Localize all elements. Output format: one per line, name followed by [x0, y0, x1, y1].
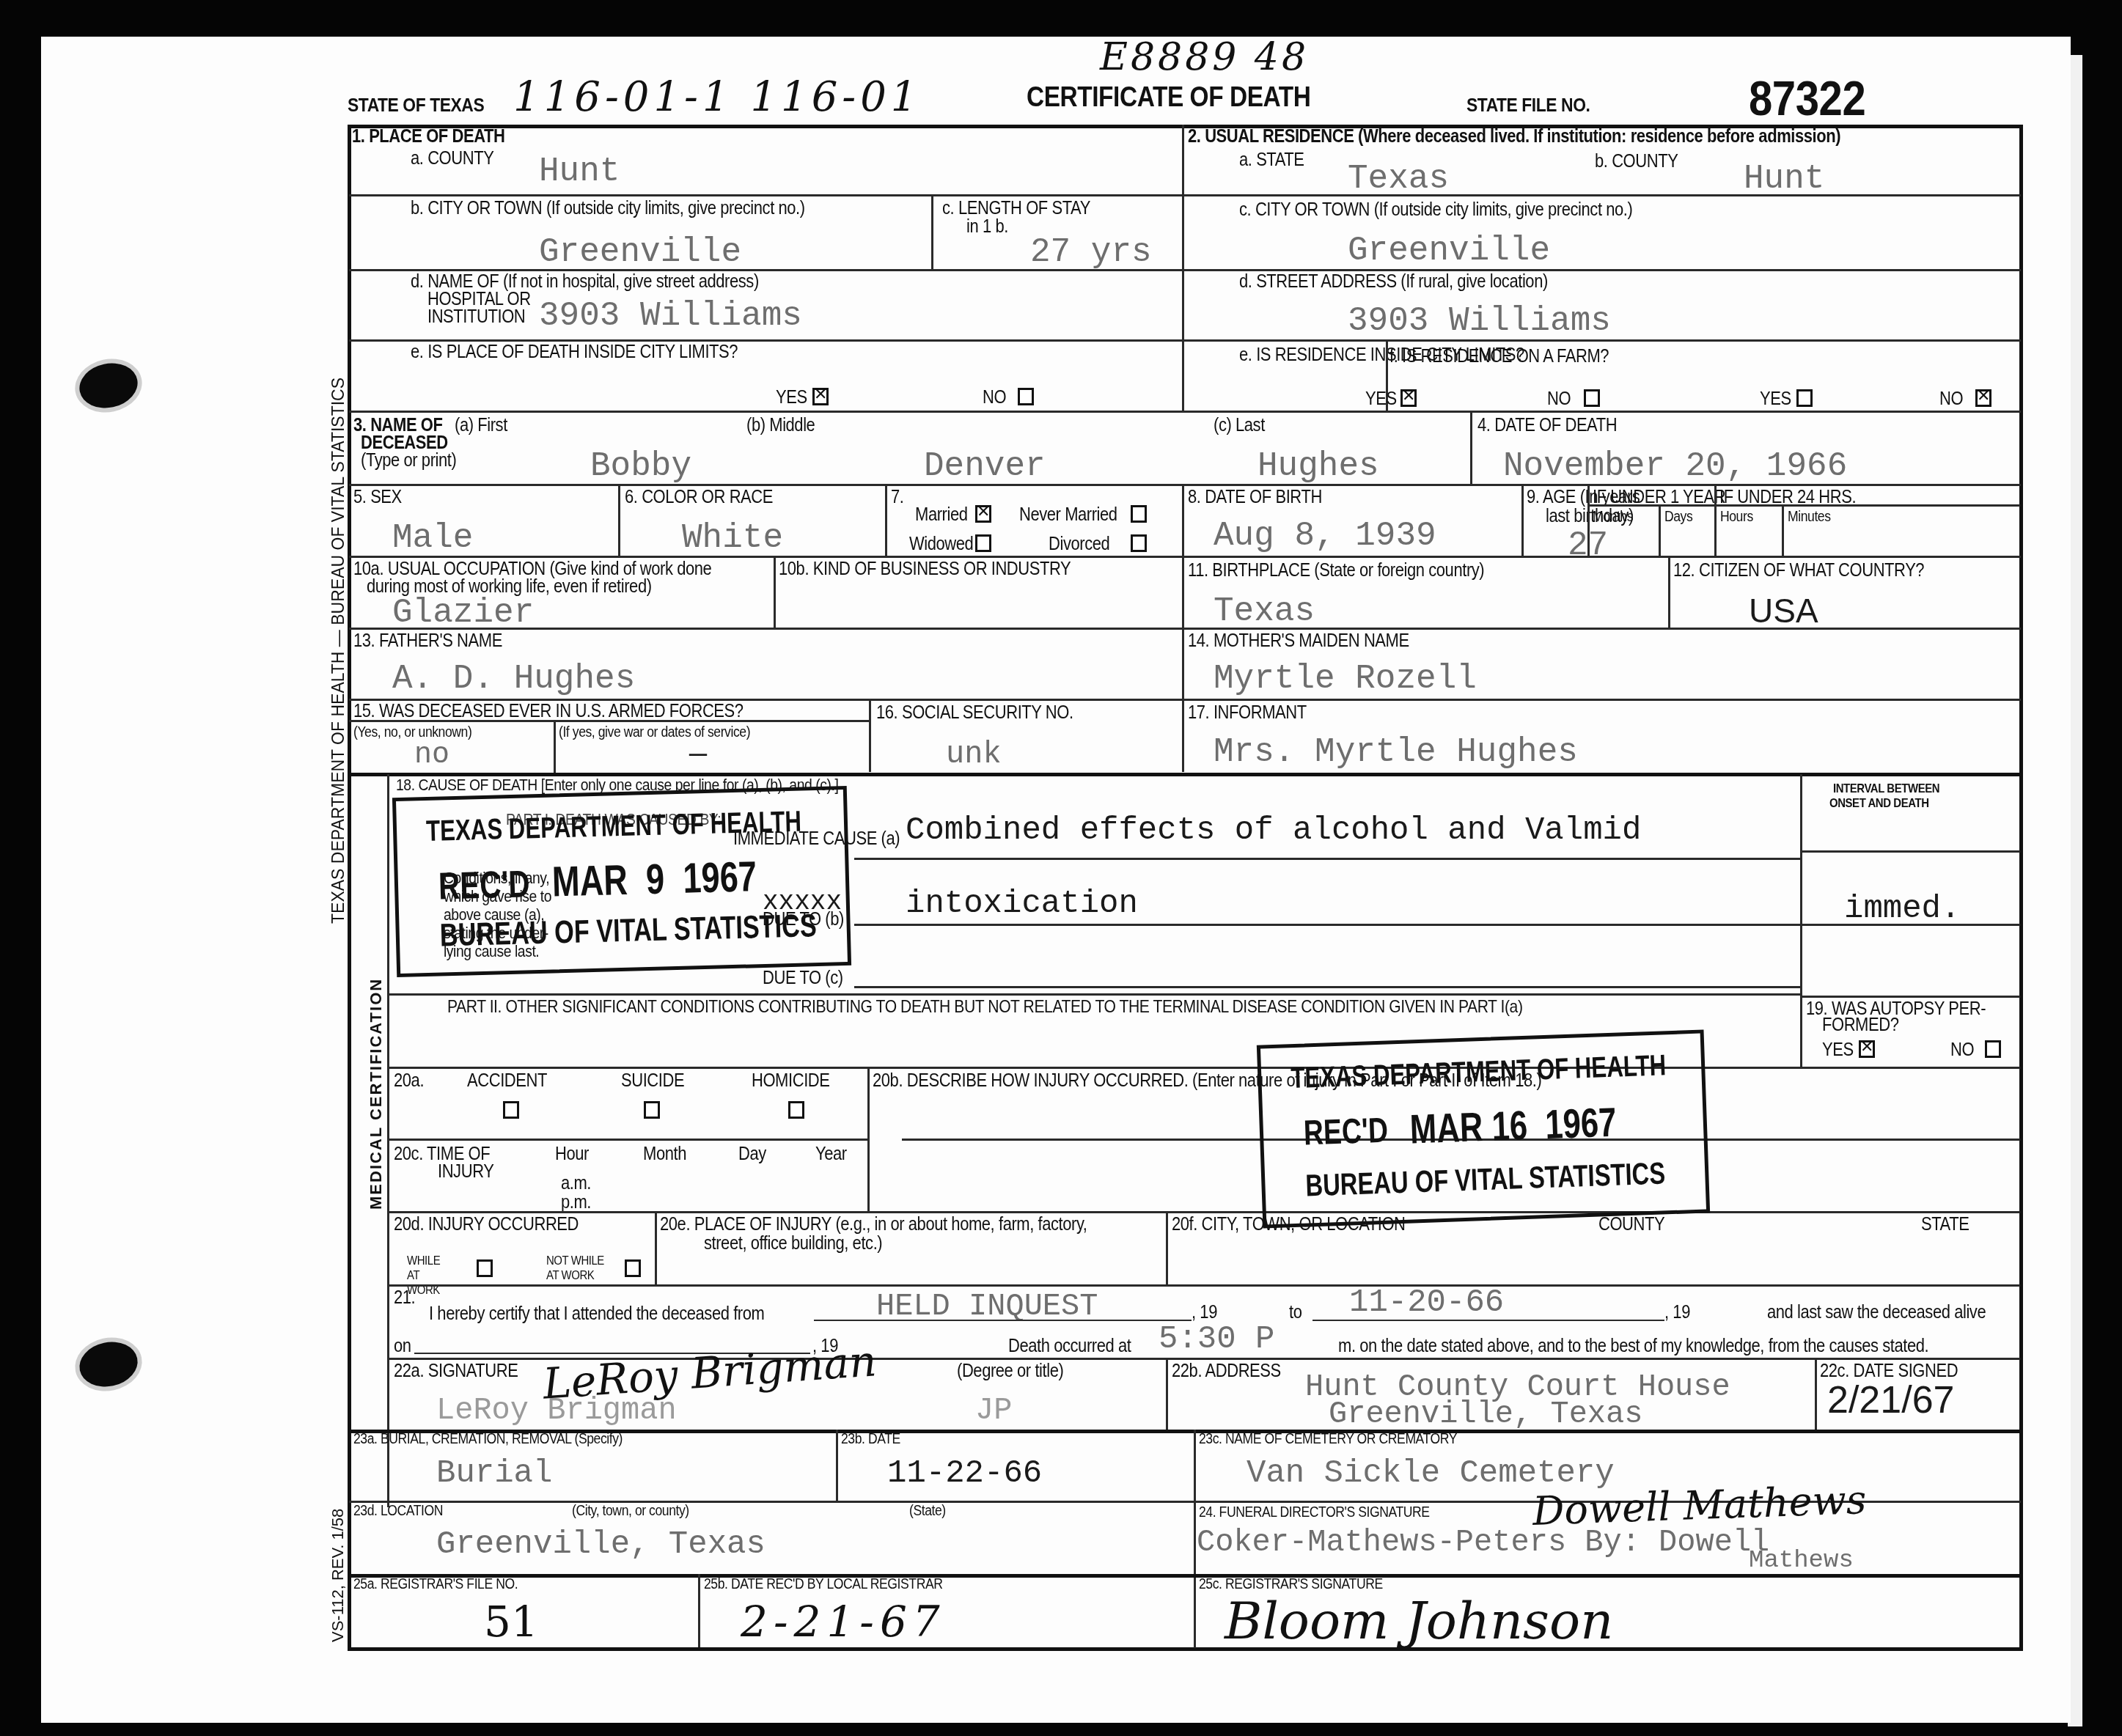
informant-label: 17. INFORMANT — [1188, 702, 1307, 724]
last-name-value: Hughes — [1258, 447, 1379, 485]
hour-label: Hour — [555, 1144, 589, 1165]
mother-label: 14. MOTHER'S MAIDEN NAME — [1188, 630, 1409, 652]
sex-label: 5. SEX — [353, 487, 402, 508]
county-label: a. COUNTY — [411, 148, 493, 169]
res-city-value: Greenville — [1348, 232, 1550, 270]
armed-service-value: — — [689, 739, 707, 772]
year-label: Year — [815, 1144, 847, 1165]
am-label: a.m. — [561, 1173, 591, 1194]
divorced-label: Divorced — [1049, 534, 1109, 555]
row-line — [349, 1574, 2021, 1578]
medical-certification-label: MEDICAL CERTIFICATION — [367, 978, 386, 1210]
homicide-label: HOMICIDE — [752, 1070, 829, 1092]
yes-label: YES — [776, 387, 807, 408]
divider — [1587, 484, 1590, 556]
physician-typed-name: LeRoy Brigman — [436, 1393, 677, 1428]
due-to-c-label: DUE TO (c) — [763, 968, 843, 989]
while-at-work-checkbox[interactable] — [477, 1259, 493, 1277]
due-to-b-value: intoxication — [906, 886, 1138, 922]
row-line — [389, 993, 1800, 996]
divider — [1182, 484, 1184, 556]
place-of-injury-label: 20e. PLACE OF INJURY (e.g., in or about … — [660, 1214, 1087, 1235]
divider — [1659, 504, 1661, 556]
injury-state-label: STATE — [1921, 1214, 1969, 1235]
inside-city-label: e. IS PLACE OF DEATH INSIDE CITY LIMITS? — [411, 342, 738, 363]
state-file-number: 87322 — [1749, 70, 1865, 126]
form-number: VS-112, REV. 1/58 — [328, 1509, 348, 1642]
registrar-date-label: 25b. DATE REC'D BY LOCAL REGISTRAR — [704, 1576, 943, 1593]
yes-label: YES — [1822, 1040, 1854, 1061]
stamp-line3: BUREAU OF VITAL STATISTICS — [1305, 1155, 1666, 1203]
to-label: to — [1289, 1302, 1302, 1323]
divorced-checkbox[interactable] — [1131, 534, 1147, 552]
certification-statement: m. on the date stated above, and to the … — [1338, 1336, 1928, 1357]
row-line — [389, 1067, 2020, 1069]
nineteen-label: , 19 — [1664, 1302, 1690, 1323]
frame-left — [348, 125, 351, 1649]
first-name-value: Bobby — [590, 447, 691, 485]
race-value: White — [682, 519, 783, 557]
part2-label: PART II. OTHER SIGNIFICANT CONDITIONS CO… — [447, 997, 1523, 1018]
farm-label: f. IS RESIDENCE ON A FARM? — [1389, 346, 1609, 367]
armed-forces-label: 15. WAS DECEASED EVER IN U.S. ARMED FORC… — [353, 701, 744, 722]
death-occurred-label: Death occurred at — [1008, 1336, 1131, 1357]
citizen-value: USA — [1749, 591, 1818, 630]
res-county-value: Hunt — [1744, 160, 1824, 198]
row-line — [349, 556, 2021, 558]
no-label: NO — [1950, 1040, 1974, 1061]
ssn-label: 16. SOCIAL SECURITY NO. — [876, 702, 1073, 724]
stamp-date: MAR 16 1967 — [1409, 1098, 1618, 1153]
day-label: Day — [738, 1144, 766, 1165]
res-inside-yes-checkbox[interactable] — [1400, 389, 1417, 407]
death-county-value: Hunt — [539, 152, 620, 191]
degree-label: (Degree or title) — [957, 1361, 1063, 1382]
first-label: (a) First — [455, 415, 507, 436]
farm-no-checkbox[interactable] — [1975, 389, 1991, 407]
father-value: A. D. Hughes — [392, 660, 635, 698]
divider — [618, 484, 620, 556]
disposition-label: 23a. BURIAL, CREMATION, REMOVAL (Specify… — [353, 1431, 623, 1448]
suicide-label: SUICIDE — [621, 1070, 684, 1092]
time-of-death-value: 5:30 P — [1159, 1321, 1274, 1358]
certify-text: I hereby certify that I attended the dec… — [429, 1303, 764, 1325]
stamp-line1: TEXAS DEPARTMENT OF HEALTH — [426, 806, 802, 848]
name-label3: (Type or print) — [361, 450, 456, 471]
divider — [931, 196, 933, 269]
occupation-value: Glazier — [392, 594, 534, 632]
stamp-line3: BUREAU OF VITAL STATISTICS — [439, 908, 817, 954]
fill-line — [814, 1320, 1192, 1321]
20a-label: 20a. — [394, 1070, 424, 1092]
middle-name-value: Denver — [924, 447, 1046, 485]
row-line — [389, 1284, 2020, 1287]
last-label: (c) Last — [1214, 415, 1265, 436]
birthplace-value: Texas — [1214, 592, 1315, 630]
frame-right — [2019, 125, 2023, 1649]
injury-county-label: COUNTY — [1598, 1214, 1664, 1235]
stamp-date: MAR 9 1967 — [551, 852, 757, 906]
frame-bottom — [348, 1647, 2023, 1651]
res-state-label: a. STATE — [1239, 150, 1304, 171]
funeral-director-typed: Coker-Mathews-Peters By: Dowell — [1197, 1525, 1769, 1560]
cemetery-value: Van Sickle Cemetery — [1247, 1455, 1615, 1492]
month-label: Month — [643, 1144, 686, 1165]
row-line — [349, 484, 2021, 486]
funeral-director-label: 24. FUNERAL DIRECTOR'S SIGNATURE — [1199, 1504, 1430, 1521]
21-label: 21. — [394, 1287, 415, 1309]
stamp-recd: REC'D — [1303, 1111, 1389, 1154]
autopsy-yes-checkbox[interactable] — [1859, 1040, 1875, 1058]
handwritten-code: 116-01-1 116-01 — [513, 73, 921, 121]
city-label: b. CITY OR TOWN (If outside city limits,… — [411, 198, 805, 219]
received-stamp-1: TEXAS DEPARTMENT OF HEALTH REC'D MAR 9 1… — [392, 786, 851, 977]
divider — [698, 1574, 700, 1647]
date-of-death-value: November 20, 1966 — [1503, 447, 1847, 485]
hospital-value: 3903 Williams — [539, 297, 802, 335]
minutes-label: Minutes — [1788, 509, 1831, 526]
location-state-sublabel: (State) — [909, 1503, 946, 1520]
no-label: NO — [1547, 389, 1571, 410]
informant-value: Mrs. Myrtle Hughes — [1214, 733, 1578, 771]
state-file-label: STATE FILE NO. — [1466, 94, 1590, 117]
divider — [1782, 504, 1784, 556]
usual-residence-heading: 2. USUAL RESIDENCE (Where deceased lived… — [1188, 126, 1840, 147]
divider — [885, 484, 887, 556]
res-state-value: Texas — [1348, 160, 1449, 198]
widowed-checkbox[interactable] — [975, 534, 991, 552]
divider — [836, 1430, 838, 1503]
nineteen-label: , 19 — [1192, 1302, 1217, 1323]
row-line — [349, 411, 2021, 413]
divider — [1470, 412, 1472, 485]
divider — [869, 699, 871, 772]
marital-label: 7. — [891, 487, 903, 508]
attended-from-value: HELD INQUEST — [876, 1289, 1098, 1324]
location-sublabel: (City, town, or county) — [572, 1503, 689, 1520]
burial-date-value: 11-22-66 — [887, 1455, 1042, 1492]
immediate-cause-value: Combined effects of alcohol and Valmid — [906, 812, 1641, 849]
suicide-checkbox[interactable] — [644, 1101, 660, 1119]
citizen-label: 12. CITIZEN OF WHAT COUNTRY? — [1673, 560, 1924, 581]
race-label: 6. COLOR OR RACE — [625, 487, 773, 508]
on-label: on — [394, 1336, 411, 1357]
divider — [1800, 996, 1802, 1069]
divider — [1166, 1358, 1168, 1431]
signature-label: 22a. SIGNATURE — [394, 1361, 518, 1382]
married-checkbox[interactable] — [975, 505, 991, 523]
stamp-line1: TEXAS DEPARTMENT OF HEALTH — [1291, 1049, 1667, 1095]
location-value: Greenville, Texas — [436, 1526, 766, 1563]
yes-label: YES — [1365, 389, 1397, 410]
months-label: Months — [1593, 509, 1633, 526]
row-line — [1800, 850, 2020, 853]
cemetery-label: 23c. NAME OF CEMETERY OR CREMATORY — [1199, 1431, 1457, 1448]
row-line — [1800, 996, 2020, 998]
middle-label: (b) Middle — [746, 415, 815, 436]
sex-value: Male — [392, 519, 473, 557]
armed-sub-label: (Yes, no, or unknown) — [353, 724, 471, 741]
state-of-texas-label: STATE OF TEXAS — [348, 94, 484, 117]
hospital-label3: INSTITUTION — [427, 306, 525, 328]
funeral-director-typed2: Mathews — [1749, 1547, 1854, 1575]
row-line — [389, 1139, 869, 1141]
not-while-at-work-checkbox[interactable] — [625, 1259, 641, 1277]
business-label: 10b. KIND OF BUSINESS OR INDUSTRY — [779, 559, 1071, 580]
address-label: 22b. ADDRESS — [1172, 1361, 1281, 1382]
widowed-label: Widowed — [909, 534, 973, 555]
res-county-label: b. COUNTY — [1595, 151, 1678, 172]
annotation-top: E8889 48 — [1100, 35, 1309, 79]
death-city-value: Greenville — [539, 233, 741, 271]
interval-label: INTERVAL BETWEEN — [1833, 781, 1939, 796]
registrar-date-value: 2-21-67 — [741, 1597, 946, 1647]
yes-label: YES — [1760, 389, 1791, 410]
mother-value: Myrtle Rozell — [1214, 660, 1477, 698]
res-street-value: 3903 Williams — [1348, 302, 1611, 340]
address-line2: Greenville, Texas — [1329, 1397, 1642, 1432]
row-line — [854, 986, 1800, 988]
stamp-recd: REC'D — [438, 862, 530, 908]
date-signed-value: 2/21/67 — [1827, 1378, 1955, 1422]
never-married-label: Never Married — [1019, 504, 1117, 526]
farm-yes-checkbox[interactable] — [1796, 389, 1813, 407]
married-label: Married — [915, 504, 968, 526]
divider — [554, 720, 556, 773]
divider — [1714, 484, 1717, 556]
interval-label2: ONSET AND DEATH — [1829, 796, 1929, 811]
never-married-checkbox[interactable] — [1131, 505, 1147, 523]
row-line — [349, 720, 870, 722]
side-dept-label: TEXAS DEPARTMENT OF HEALTH — BUREAU OF V… — [328, 378, 348, 924]
no-label: NO — [1939, 389, 1963, 410]
injury-occurred-label: 20d. INJURY OCCURRED — [394, 1214, 579, 1235]
divider — [1521, 484, 1524, 556]
med-cert-divider — [387, 774, 389, 1507]
hours-label: Hours — [1720, 509, 1753, 526]
fill-line — [1313, 1320, 1664, 1321]
no-label: NO — [983, 387, 1006, 408]
autopsy-no-checkbox[interactable] — [1985, 1040, 2001, 1058]
divider — [774, 556, 776, 628]
registrar-file-label: 25a. REGISTRAR'S FILE NO. — [353, 1576, 518, 1593]
registrar-signature: Bloom Johnson — [1225, 1591, 1613, 1651]
received-stamp-2: TEXAS DEPARTMENT OF HEALTH REC'D MAR 16 … — [1257, 1029, 1710, 1228]
row-line — [349, 628, 2021, 630]
autopsy-label2: FORMED? — [1822, 1015, 1898, 1036]
divider — [1800, 774, 1802, 998]
divider — [655, 1211, 657, 1286]
death-inside-city-yes-checkbox[interactable] — [812, 388, 829, 405]
divider — [1668, 556, 1670, 628]
divider — [1182, 556, 1184, 628]
interval-value: immed. — [1844, 891, 1960, 927]
divider — [1815, 1358, 1817, 1431]
row-line — [1587, 504, 2020, 507]
res-street-label: d. STREET ADDRESS (If rural, give locati… — [1239, 271, 1548, 293]
stay-value: 27 yrs — [1030, 233, 1152, 271]
pm-label: p.m. — [561, 1192, 591, 1213]
place-of-injury-label2: street, office building, etc.) — [704, 1233, 882, 1254]
stay-label: c. LENGTH OF STAY — [942, 198, 1090, 219]
location-label: 23d. LOCATION — [353, 1503, 443, 1520]
disposition-value: Burial — [436, 1455, 552, 1492]
time-of-injury-label2: INJURY — [438, 1161, 493, 1183]
row-line — [854, 858, 1800, 860]
date-of-birth-value: Aug 8, 1939 — [1214, 517, 1436, 555]
divider — [1182, 699, 1184, 772]
registrar-file-value: 51 — [484, 1597, 538, 1647]
divider — [1194, 1430, 1196, 1648]
ssn-value: unk — [946, 737, 1002, 772]
accident-checkbox[interactable] — [503, 1101, 519, 1119]
page-title: CERTIFICATE OF DEATH — [1027, 82, 1311, 114]
homicide-checkbox[interactable] — [788, 1101, 804, 1119]
stay-sublabel: in 1 b. — [966, 216, 1008, 238]
divider-1-2 — [1182, 125, 1184, 412]
birthplace-label: 11. BIRTHPLACE (State or foreign country… — [1188, 560, 1484, 581]
divider — [1166, 1211, 1168, 1286]
last-saw-text: and last saw the deceased alive — [1767, 1302, 1986, 1323]
accident-label: ACCIDENT — [467, 1070, 547, 1092]
armed-service-label: (If yes, give war or dates of service) — [559, 724, 750, 741]
divider — [1182, 628, 1184, 701]
burial-date-label: 23b. DATE — [841, 1431, 900, 1448]
armed-value: no — [414, 739, 449, 772]
row-line — [389, 1211, 2020, 1213]
res-city-label: c. CITY OR TOWN (If outside city limits,… — [1239, 199, 1632, 221]
death-inside-city-no-checkbox[interactable] — [1018, 388, 1034, 405]
attended-to-value: 11-20-66 — [1349, 1284, 1504, 1321]
dob-label: 8. DATE OF BIRTH — [1188, 487, 1322, 508]
days-label: Days — [1664, 509, 1692, 526]
res-inside-no-checkbox[interactable] — [1584, 389, 1600, 407]
father-label: 13. FATHER'S NAME — [353, 630, 502, 652]
place-of-death-heading: 1. PLACE OF DEATH — [352, 126, 504, 147]
degree-value: JP — [975, 1393, 1012, 1428]
dod-label: 4. DATE OF DEATH — [1477, 415, 1617, 436]
not-while-at-work-label: NOT WHILE AT WORK — [546, 1254, 604, 1283]
